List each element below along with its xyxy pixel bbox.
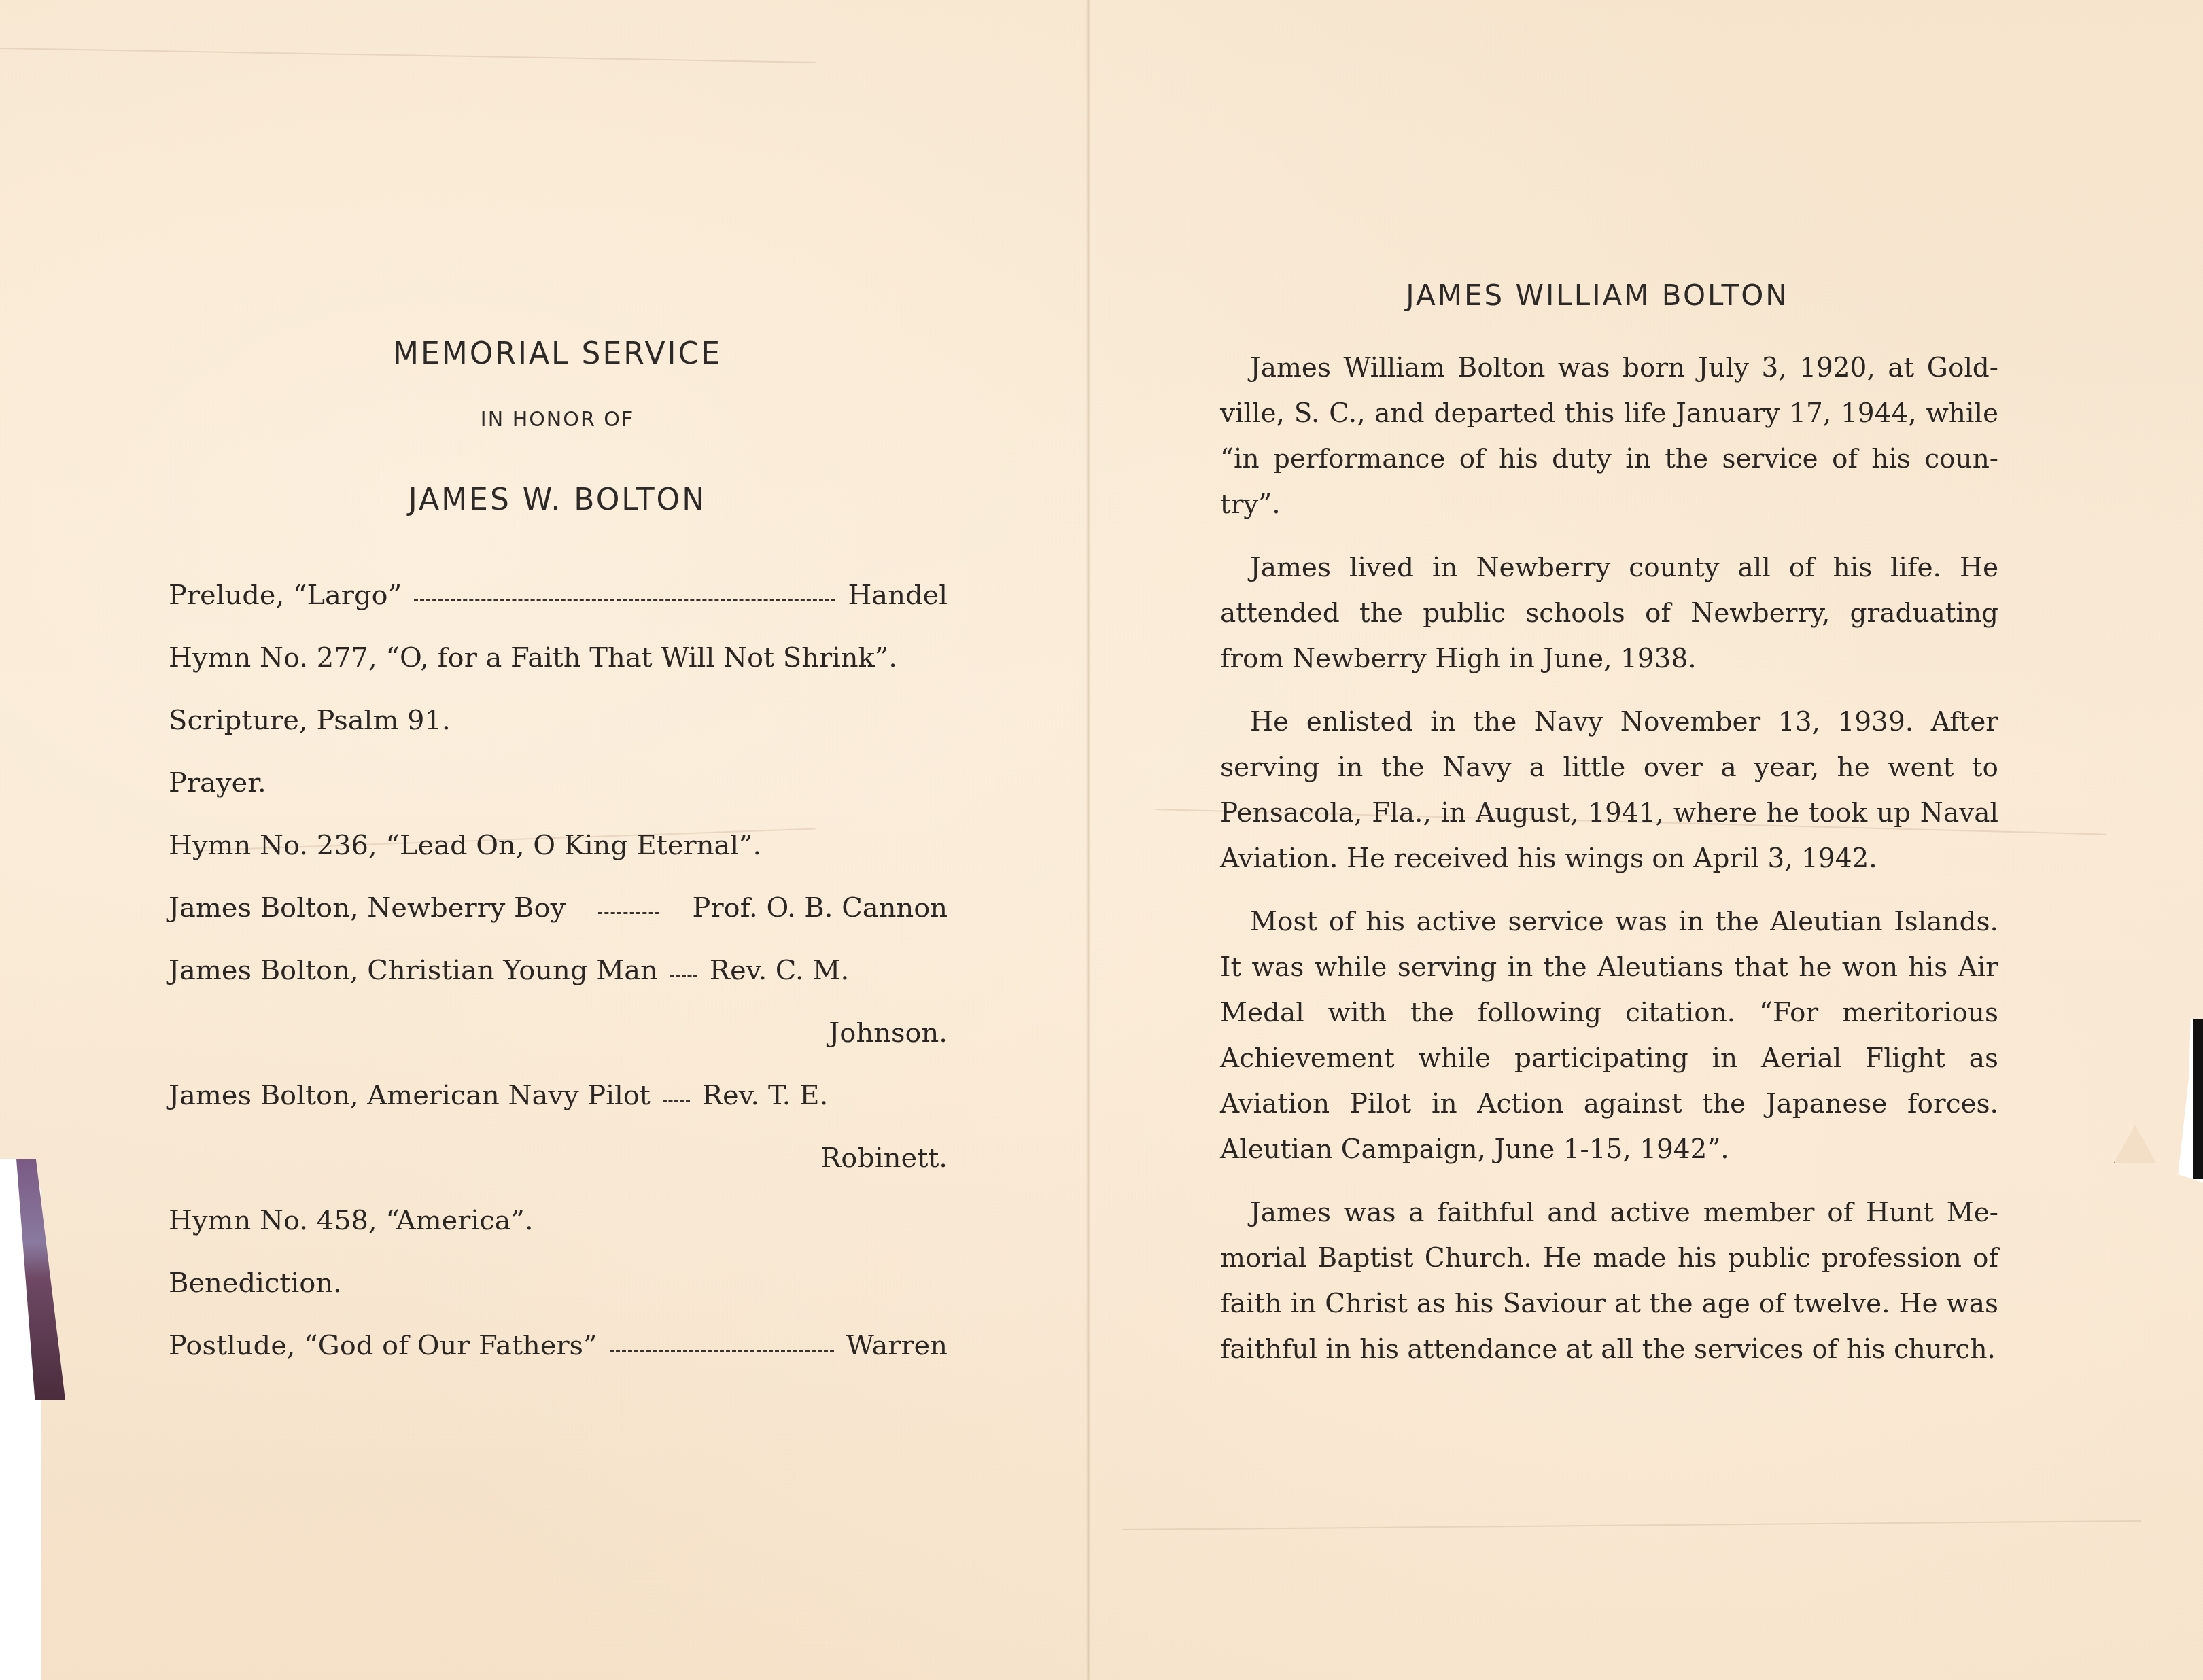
program-item-postlude: Postlude, “God of Our Fathers” Warren <box>169 1314 948 1377</box>
biography-title: JAMES WILLIAM BOLTON <box>1088 279 2107 312</box>
dotted-leader <box>663 1100 690 1102</box>
dotted-leader <box>598 912 659 914</box>
program-item-navy-pilot: James Bolton, American Navy Pilot Rev. T… <box>169 1064 948 1127</box>
program-item-prayer: Prayer. <box>169 752 948 814</box>
program-item-credit: Rev. T. E. <box>702 1064 828 1127</box>
program-item-hymn-277: Hymn No. 277, “O, for a Faith That Will … <box>169 627 948 689</box>
scanner-edge-shadow <box>2193 1019 2203 1179</box>
program-item-credit-continuation: Robinett. <box>169 1127 948 1189</box>
biography-paragraph-birth: James William Bolton was born July 3, 19… <box>1220 345 1998 527</box>
program-item-scripture: Scripture, Psalm 91. <box>169 689 948 752</box>
right-page-biography: JAMES WILLIAM BOLTON James William Bolto… <box>1088 0 2203 1680</box>
program-item-text: James Bolton, American Navy Pilot <box>169 1064 651 1127</box>
order-of-service: Prelude, “Largo” Handel Hymn No. 277, “O… <box>169 564 948 1377</box>
program-item-credit: Warren <box>846 1314 948 1377</box>
program-item-text: Hymn No. 277, “O, for a Faith That Will … <box>169 627 897 689</box>
service-title: MEMORIAL SERVICE <box>0 336 1115 371</box>
program-item-benediction: Benediction. <box>169 1252 948 1314</box>
program-item-text: James Bolton, Christian Young Man <box>169 939 658 1002</box>
program-item-hymn-236: Hymn No. 236, “Lead On, O King Eternal”. <box>169 814 948 877</box>
biography-paragraph-enlistment: He enlisted in the Navy November 13, 193… <box>1220 699 1998 881</box>
left-page-program: MEMORIAL SERVICE IN HONOR OF JAMES W. BO… <box>0 0 1088 1680</box>
dotted-leader <box>610 1350 834 1352</box>
program-item-text: Hymn No. 458, “America”. <box>169 1189 534 1252</box>
program-item-credit: Robinett. <box>820 1127 948 1189</box>
program-item-text: Hymn No. 236, “Lead On, O King Eternal”. <box>169 814 761 877</box>
program-item-credit: Prof. O. B. Cannon <box>693 877 948 939</box>
honoree-name: JAMES W. BOLTON <box>0 483 1115 517</box>
program-item-text: Prelude, “Largo” <box>169 564 402 627</box>
service-subtitle: IN HONOR OF <box>0 408 1115 432</box>
biography-paragraph-education: James lived in Newberry county all of hi… <box>1220 545 1998 682</box>
dotted-leader <box>670 975 697 977</box>
program-item-newberry-boy: James Bolton, Newberry Boy Prof. O. B. C… <box>169 877 948 939</box>
program-item-credit: Rev. C. M. <box>710 939 849 1002</box>
dotted-leader <box>414 599 835 601</box>
biography-text: James William Bolton was born July 3, 19… <box>1220 345 1998 1390</box>
biography-paragraph-church: James was a faithful and active member o… <box>1220 1190 1998 1372</box>
program-item-prelude: Prelude, “Largo” Handel <box>169 564 948 627</box>
program-item-text: Postlude, “God of Our Fathers” <box>169 1314 597 1377</box>
program-item-text: Scripture, Psalm 91. <box>169 689 451 752</box>
biography-paragraph-service: Most of his active service was in the Al… <box>1220 899 1998 1172</box>
program-item-credit: Johnson. <box>829 1002 948 1064</box>
program-item-text: Prayer. <box>169 752 266 814</box>
program-item-hymn-458: Hymn No. 458, “America”. <box>169 1189 948 1252</box>
program-item-text: Benediction. <box>169 1252 342 1314</box>
program-item-credit-continuation: Johnson. <box>169 1002 948 1064</box>
program-item-credit: Handel <box>848 564 948 627</box>
program-item-text: James Bolton, Newberry Boy <box>169 877 566 939</box>
program-item-christian-young-man: James Bolton, Christian Young Man Rev. C… <box>169 939 948 1002</box>
